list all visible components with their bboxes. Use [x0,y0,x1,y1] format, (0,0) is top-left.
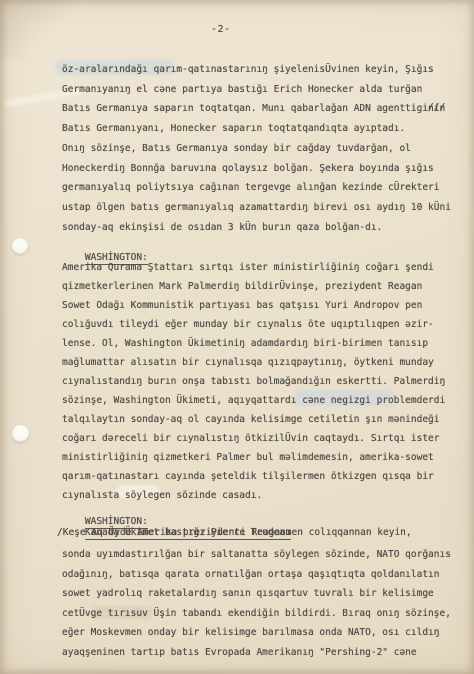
text-line: mağlumattar alısatın bir cıynalısqa qızı… [62,353,445,372]
text-line: cetÜvge tırısuv Üşin tabandı ekendiğin b… [62,604,451,624]
text-line: odağınıŋ, batısqa qarata ornatılğan orta… [62,565,451,585]
text-line: Honeckerdiŋ Bonnğa baruvına qolaysız bol… [62,159,451,179]
text-line: sonda uyımdastırılğan bir saltanatta söy… [62,545,451,565]
text-line: ustap ölgen batıs germanıyalıq azamattar… [62,198,451,218]
text-line: ayaqşeninen tartıp batıs Evropada Amerik… [62,643,451,663]
text-line: qarım-qatınastarı cayında şeteldik tilşi… [62,467,445,486]
paragraph-us-soviet-summit: Amerika Qurama Ştattarı sırtqı ister min… [62,258,445,505]
paragraph-east-germany: öz-aralarındağı qarım-qatınastarınıŋ şiy… [62,60,451,237]
scanned-typewritten-page: -2- öz-aralarındağı qarım-qatınastarınıŋ… [0,0,474,674]
text-line: Amerika Qurama Ştattarı sırtqı ister min… [62,258,445,277]
text-line: colığuvdı tileydi eğer munday bir cıynal… [62,315,445,334]
hole-punch [12,238,28,254]
text-line: Batıs Germanıyanı, Honecker saparın toqt… [62,119,451,139]
text-line: sözinşe, Washington Ükimeti, aqıyqattard… [62,391,445,410]
overstruck-text: nin [428,99,445,119]
text-line: ministirliğiniŋ qizmetkeri Palmer bul mə… [62,448,445,467]
text-line: Batıs Germanıya saparın toqtatqan. Munı … [62,99,451,119]
text-line: eğer Moskevmen onday bir kelisimge barıl… [62,623,451,643]
text-line: Onıŋ sözinşe, Batıs Germanıya sonday bir… [62,139,451,159]
corner-shadow [0,0,80,60]
page-number: -2- [211,24,231,35]
text-line: lense. Ol, Washington Ükimetiniŋ adamdar… [62,334,445,353]
text-line: öz-aralarındağı qarım-qatınastarınıŋ şiy… [62,60,451,80]
text-line: germanıyalıq poliytsıya cağınan tergevge… [62,178,451,198]
text-line: sowet yadrolıq raketalardıŋ sanın qısqar… [62,584,451,604]
paragraph-nato-intro-line: /Keşe Aq Üyde Amerika preziydenti Reagan… [57,527,412,538]
text-line: coğarı dəreceli bir cıynalıstıŋ ötkizilÜ… [62,429,445,448]
text-line: talqılaytın sonday-aq ol cayında kelisim… [62,410,445,429]
hole-punch [12,425,29,442]
text-line: Germanıyanıŋ el cəne partıya bastığı Eri… [62,80,451,100]
text-line: sonday-aq ekinşisi de osıdan 3 kÜn burın… [62,218,451,238]
text-line: cıynalıstandıŋ burın onşa tabıstı bolmağ… [62,372,445,391]
text-line: qizmetkerlerinen Mark Palmerdiŋ bildirÜv… [62,277,445,296]
text-line: cıynalısta söylegen sözinde casadı. [62,486,445,505]
text-line: Sowet Odağı Kommunistik partıyası bas qa… [62,296,445,315]
paragraph-nato-missiles: sonda uyımdastırılğan bir saltanatta söy… [62,545,451,663]
